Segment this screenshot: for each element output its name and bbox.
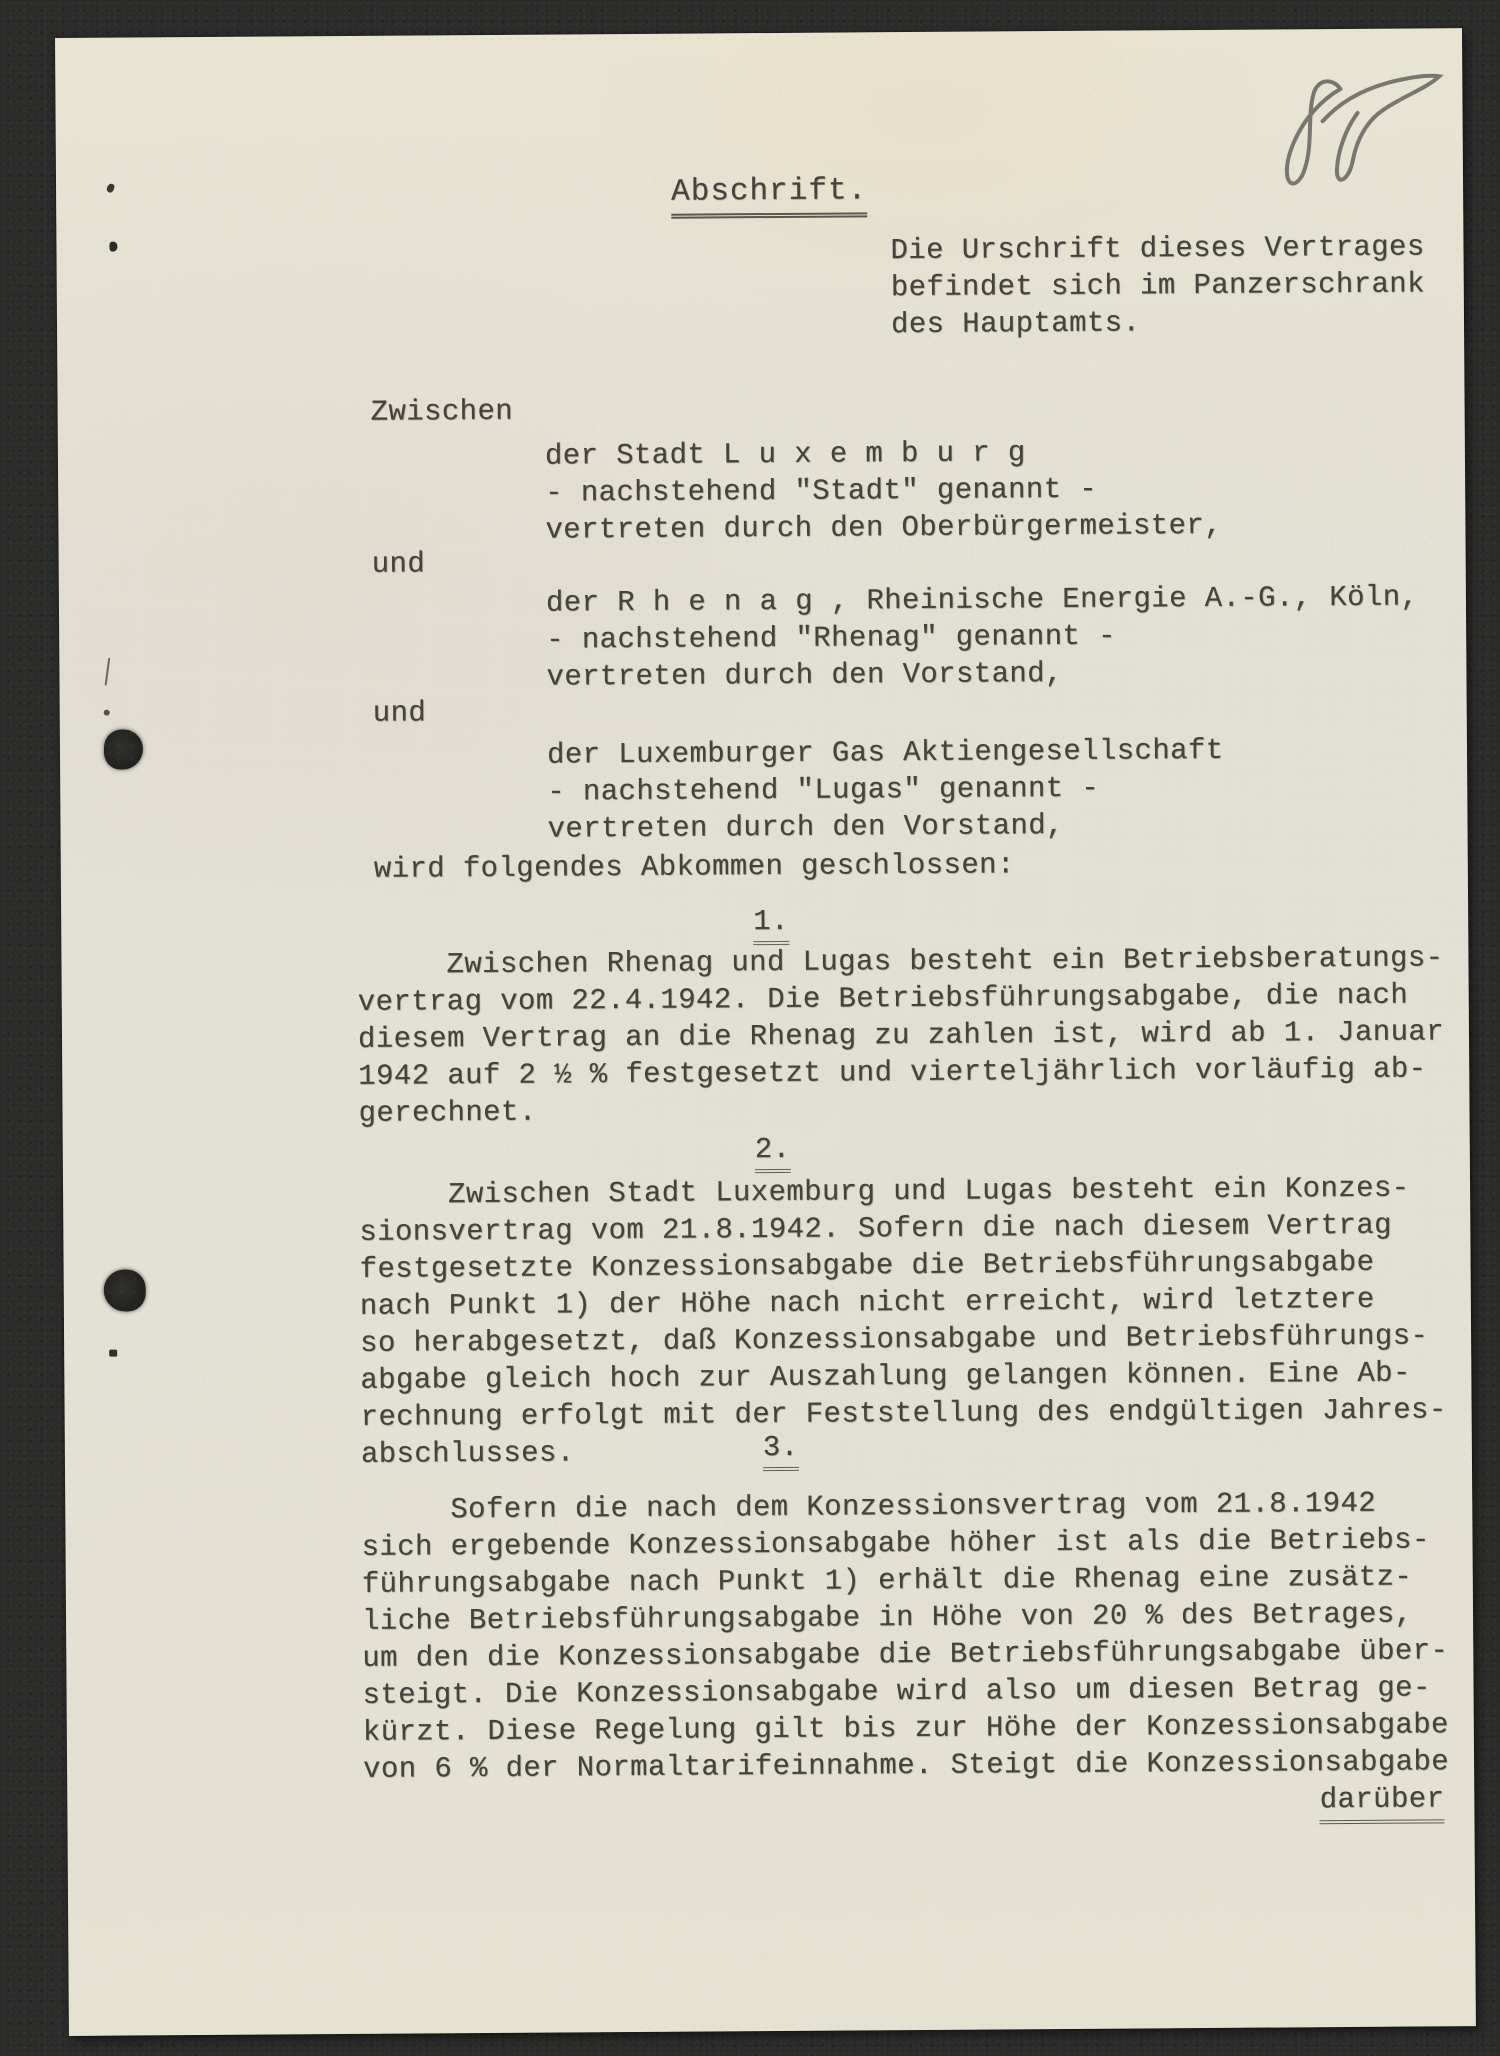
ink-speck (104, 710, 110, 716)
paper-scratch (105, 658, 111, 686)
section-3-number: 3. (763, 1429, 799, 1471)
punch-hole-top (104, 729, 143, 769)
party-lugas: der Luxemburger Gas Aktiengesellschaft -… (547, 732, 1224, 848)
section-2-number: 2. (755, 1131, 791, 1173)
section-1-body: Zwischen Rhenag und Lugas besteht ein Be… (357, 939, 1444, 1132)
preamble-closing: wird folgendes Abkommen geschlossen: (374, 846, 1015, 887)
section-1-number: 1. (753, 903, 789, 945)
section-2-body: Zwischen Stadt Luxemburg und Lugas beste… (359, 1169, 1447, 1473)
handwritten-page-number-mark (1260, 66, 1451, 202)
document-title: Abschrift. (671, 172, 867, 218)
original-location-note: Die Urschrift dieses Vertrages befindet … (890, 228, 1425, 343)
ink-speck (106, 183, 116, 194)
punch-hole-bottom (104, 1269, 146, 1311)
section-3-body: Sofern die nach dem Konzessionsvertrag v… (361, 1484, 1449, 1788)
ink-speck (109, 242, 117, 252)
party-rhenag: der R h e n a g , Rheinische Energie A.-… (546, 578, 1419, 695)
ink-speck (109, 1350, 117, 1357)
scan-background: Abschrift. Die Urschrift dieses Vertrage… (0, 0, 1500, 2056)
conjunction-und-1: und (372, 545, 426, 582)
document-page: Abschrift. Die Urschrift dieses Vertrage… (55, 28, 1476, 2036)
party-city-luxemburg: der Stadt L u x e m b u r g - nachstehen… (545, 433, 1222, 549)
preamble-intro: Zwischen (370, 393, 513, 431)
catchword-darueber: darüber (1320, 1780, 1445, 1824)
conjunction-und-2: und (373, 694, 427, 731)
